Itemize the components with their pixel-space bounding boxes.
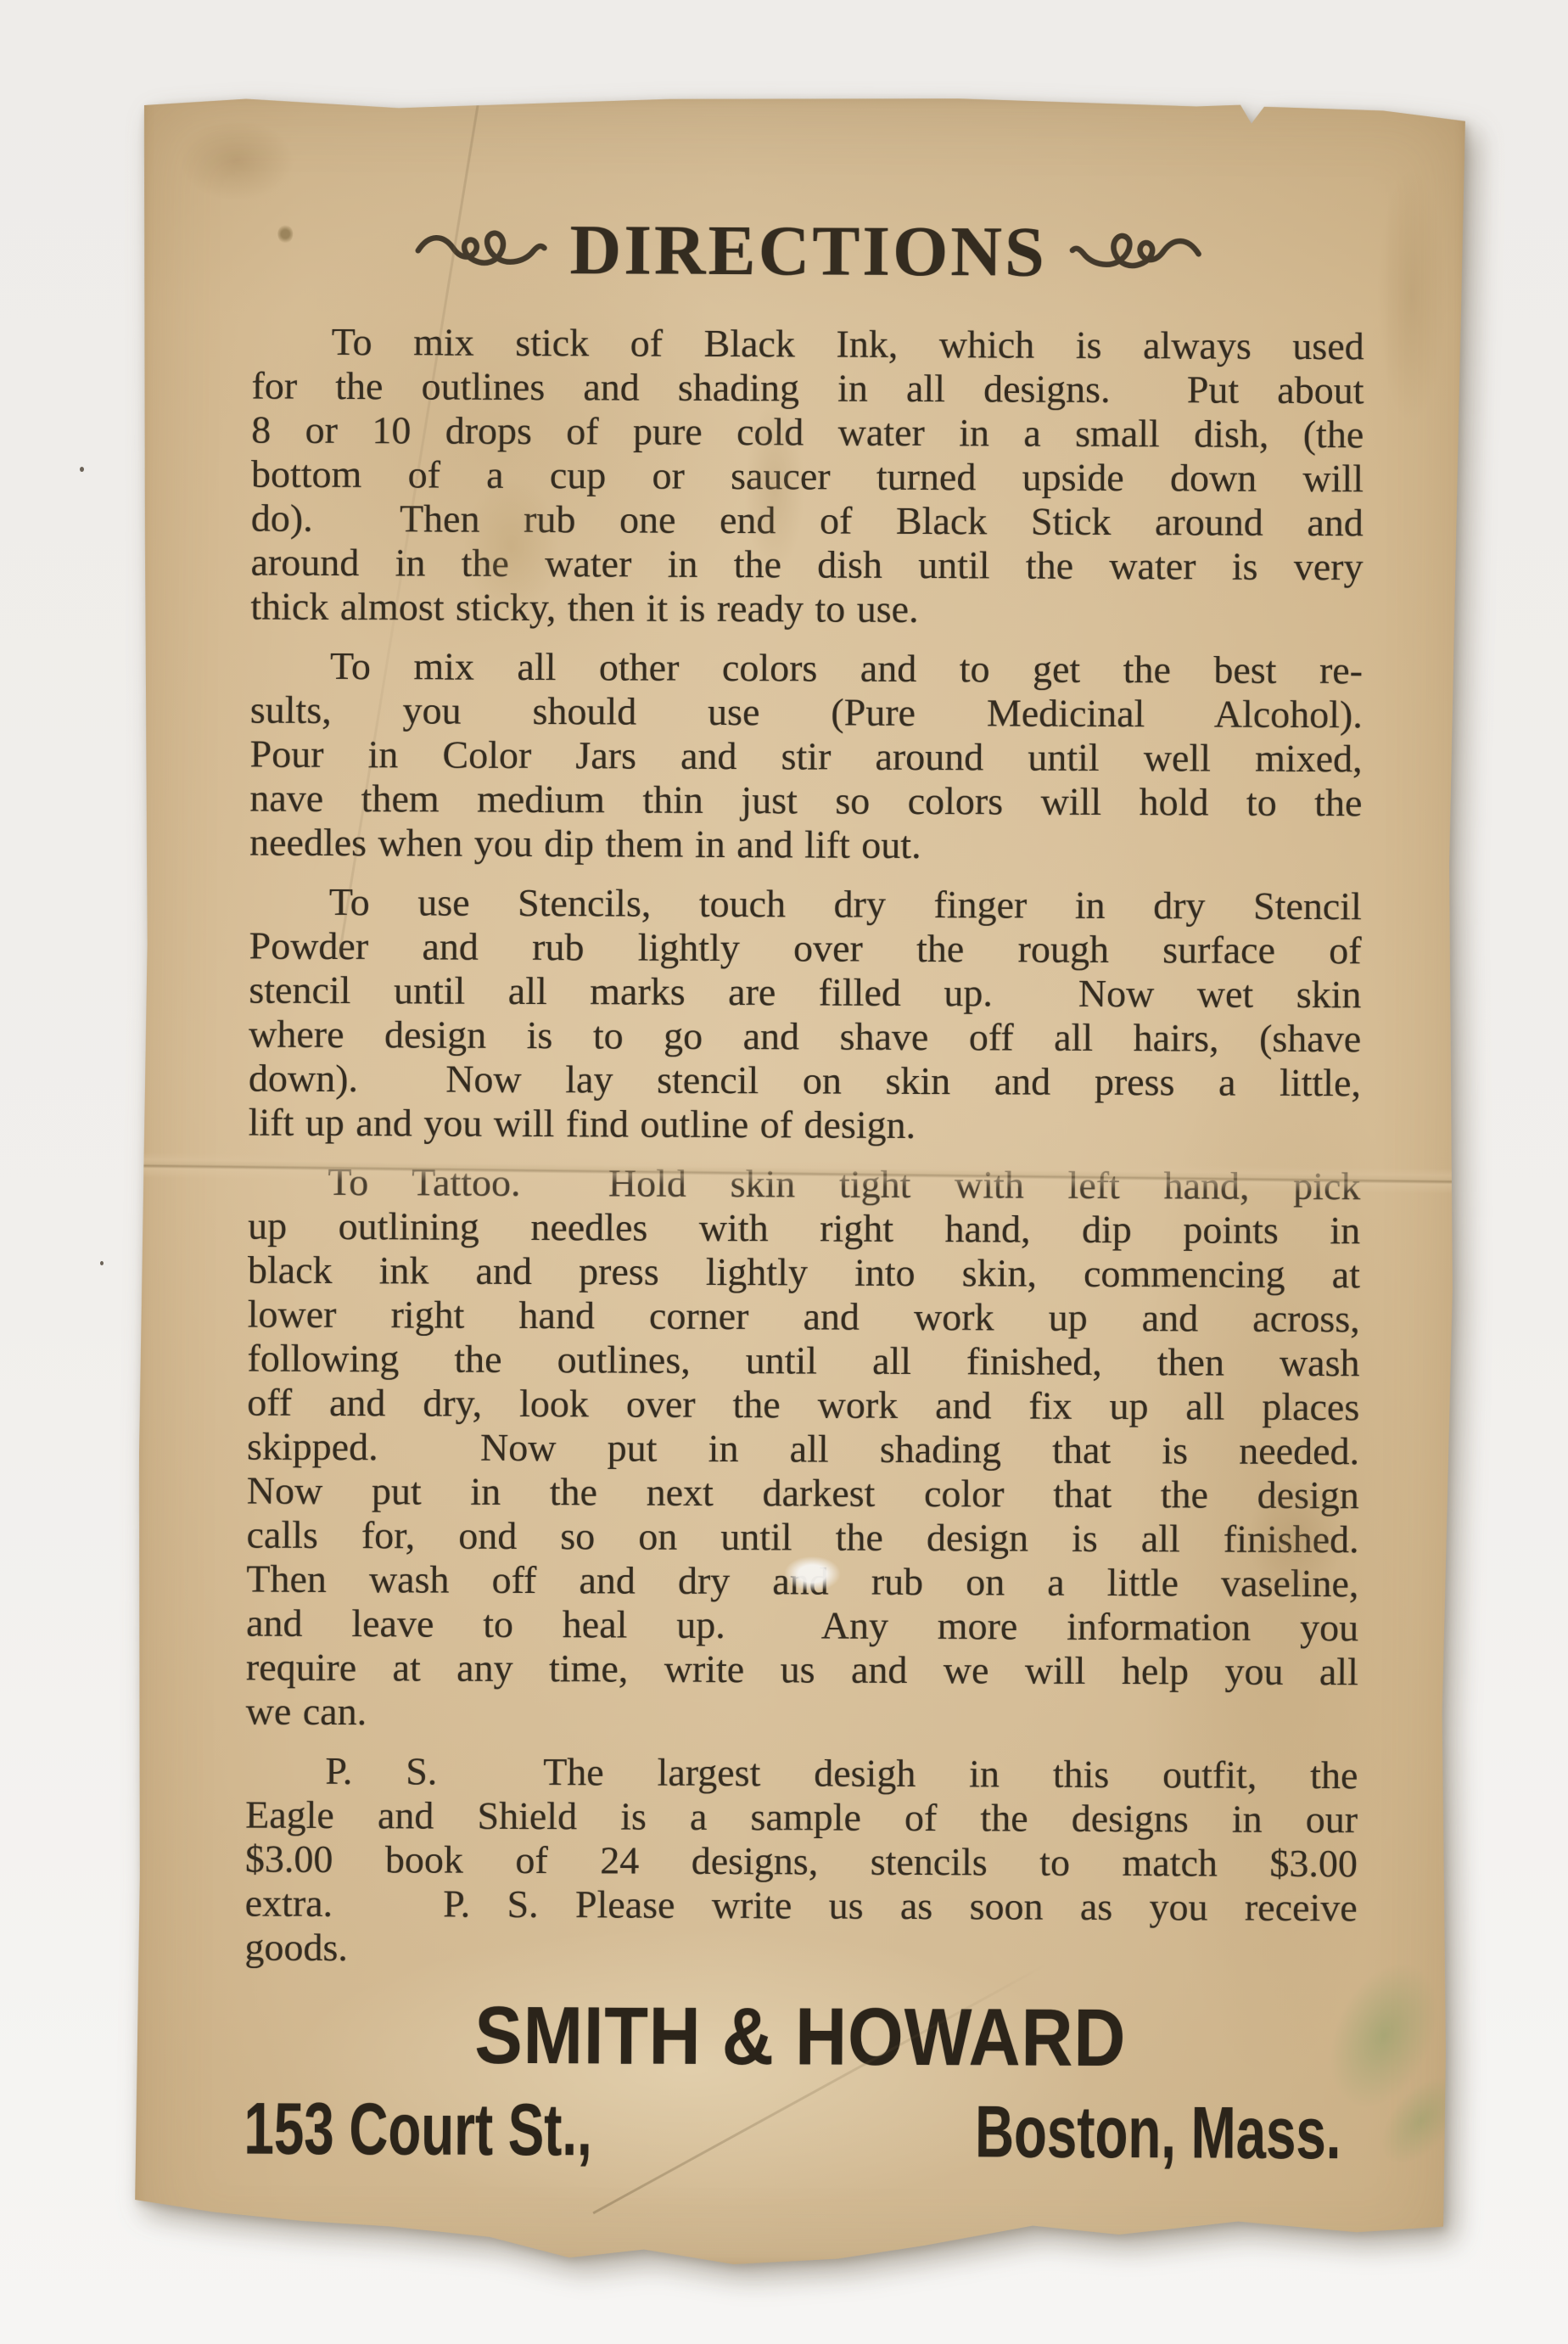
company-name: SMITH & HOWARD <box>474 1994 1126 2080</box>
text-line: Pour in Color Jars and stir around until… <box>249 732 1362 782</box>
text-line: off and dry, look over the work and fix … <box>247 1381 1359 1430</box>
address-row: 153 Court St., Boston, Mass. <box>244 2090 1356 2173</box>
text-line: To mix stick of Black Ink, which is alwa… <box>252 320 1364 369</box>
paragraph-postscript: P. S. The largest desigh in this outfit,… <box>244 1749 1358 1975</box>
paper-damage-spot <box>781 1554 843 1593</box>
text-line: extra. P. S. Please write us as soon as … <box>245 1881 1358 1931</box>
text-line: require at any time, write us and we wil… <box>246 1646 1358 1695</box>
text-line: skipped. Now put in all shading that is … <box>247 1425 1359 1474</box>
text-line: Powder and rub lightly over the rough su… <box>249 924 1362 973</box>
text-line: up outlining needles with right hand, di… <box>248 1204 1360 1253</box>
paragraph-mix-black-ink: To mix stick of Black Ink, which is alwa… <box>250 320 1364 634</box>
text-line: goods. <box>244 1926 1357 1975</box>
text-line: Now put in the next darkest color that t… <box>247 1469 1359 1518</box>
text-line: To Tattoo. Hold skin tight with left han… <box>248 1160 1360 1209</box>
text-line: we can. <box>246 1690 1358 1739</box>
text-line: following the outlines, until all finish… <box>247 1337 1359 1386</box>
text-line: Eagle and Shield is a sample of the desi… <box>245 1793 1358 1842</box>
city-state: Boston, Mass. <box>975 2093 1341 2173</box>
paragraph-mix-colors: To mix all other colors and to get the b… <box>249 644 1363 870</box>
dust-speck <box>100 1261 104 1265</box>
paragraph-use-stencils: To use Stencils, touch dry finger in dry… <box>249 880 1362 1150</box>
text-line: nave them medium thin just so colors wil… <box>249 777 1362 826</box>
text-line: To mix all other colors and to get the b… <box>250 644 1363 693</box>
text-line: stencil until all marks are filled up. N… <box>249 968 1361 1018</box>
text-line: for the outlines and shading in all desi… <box>251 364 1364 413</box>
title-row: DIRECTIONS <box>252 205 1364 298</box>
text-line: where design is to go and shave off all … <box>249 1012 1361 1062</box>
paragraph-to-tattoo: To Tattoo. Hold skin tight with left han… <box>246 1160 1361 1739</box>
printed-content: DIRECTIONS To mix stick of Black Ink, wh… <box>135 95 1465 2268</box>
text-line: black ink and press lightly into skin, c… <box>248 1248 1360 1298</box>
company-line: SMITH & HOWARD <box>244 1994 1357 2082</box>
text-line: down). Now lay stencil on skin and press… <box>249 1057 1361 1106</box>
text-line: sults, you should use (Pure Medicinal Al… <box>250 688 1363 737</box>
text-line: P. S. The largest desigh in this outfit,… <box>245 1749 1358 1798</box>
text-line: 8 or 10 drops of pure cold water in a sm… <box>251 408 1364 457</box>
footer: SMITH & HOWARD 153 Court St., Boston, Ma… <box>244 1994 1357 2173</box>
title-ornament-left-icon <box>413 215 547 283</box>
text-line: do). Then rub one end of Black Stick aro… <box>251 496 1364 546</box>
street-address: 153 Court St., <box>244 2090 592 2170</box>
text-line: bottom of a cup or saucer turned upside … <box>251 452 1364 502</box>
text-line: $3.00 book of 24 designs, stencils to ma… <box>245 1837 1358 1887</box>
text-line: and leave to heal up. Any more informati… <box>246 1601 1358 1651</box>
text-line: thick almost sticky, then it is ready to… <box>250 585 1363 634</box>
text-line: needles when you dip them in and lift ou… <box>249 821 1362 870</box>
text-line: lower right hand corner and work up and … <box>248 1293 1360 1342</box>
title-ornament-right-icon <box>1069 218 1203 287</box>
text-line: lift up and you will find outline of des… <box>249 1101 1361 1150</box>
page-title: DIRECTIONS <box>569 209 1047 293</box>
dust-speck <box>80 467 84 472</box>
paper-surface: DIRECTIONS To mix stick of Black Ink, wh… <box>135 95 1465 2268</box>
text-line: around in the water in the dish until th… <box>250 541 1363 590</box>
text-line: To use Stencils, touch dry finger in dry… <box>249 880 1362 929</box>
scanned-page: { "colors": { "background": "#f1efec", "… <box>0 0 1568 2344</box>
paper-sheet: DIRECTIONS To mix stick of Black Ink, wh… <box>135 95 1465 2268</box>
